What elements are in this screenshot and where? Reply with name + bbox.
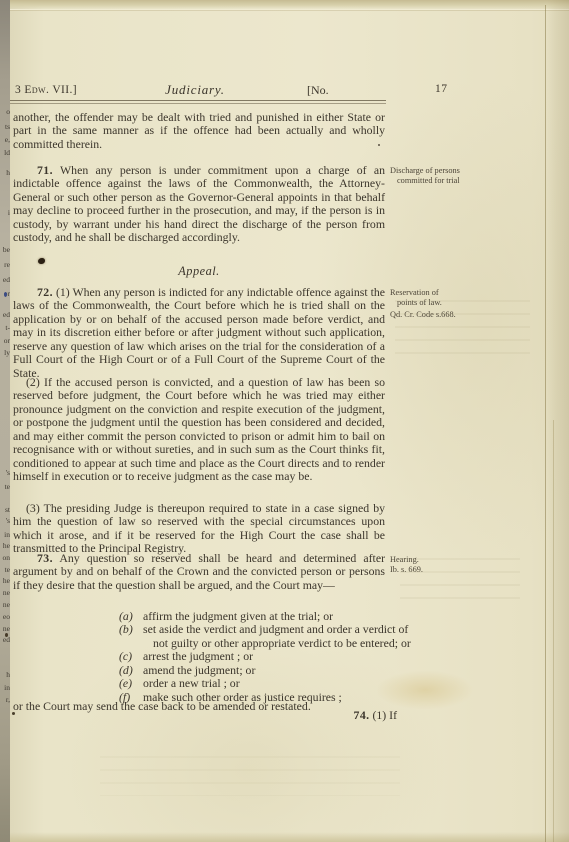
- ink-speck: [378, 144, 380, 146]
- facing-page-text-fragment: he: [3, 577, 10, 585]
- section-71: 71. When any person is under commitment …: [13, 164, 385, 245]
- section-72-2: (2) If the accused person is convicted, …: [13, 376, 385, 484]
- appeal-heading: Appeal.: [13, 265, 385, 278]
- section-body: (1) When any person is indicted for any …: [13, 285, 385, 380]
- section-73-list: (a)affirm the judgment given at the tria…: [13, 610, 385, 704]
- book-page: 3 Edw. VII.] Judiciary. [No. 17 another,…: [10, 0, 569, 842]
- paragraph-continuation: another, the offender may be dealt with …: [13, 111, 385, 151]
- list-item: (b)set aside the verdict and judgment an…: [13, 623, 385, 636]
- section-72-1: 72. (1) When any person is indicted for …: [13, 286, 385, 380]
- list-item: (c)arrest the judgment ; or: [13, 650, 385, 663]
- header-running-title: Judiciary.: [130, 82, 260, 98]
- header-rule: [10, 103, 386, 104]
- section-72-3: (3) The presiding Judge is thereupon req…: [13, 502, 385, 556]
- header-number-bracket: [No.: [307, 83, 329, 98]
- list-item-label: (a): [119, 610, 143, 623]
- list-item: (a)affirm the judgment given at the tria…: [13, 610, 385, 623]
- facing-page-text-fragment: he: [3, 542, 10, 550]
- list-item-label: (d): [119, 664, 143, 677]
- list-item: (d)amend the judgment; or: [13, 664, 385, 677]
- facing-page-text-fragment: on: [3, 554, 11, 562]
- list-item-text: arrest the judgment ; or: [143, 649, 253, 663]
- section-number: 73.: [37, 551, 53, 565]
- margin-note-line: committed for trial: [390, 176, 569, 186]
- page-right-edge-line: [545, 5, 546, 842]
- paragraph-text: another, the offender may be dealt with …: [13, 111, 385, 151]
- page-right-shading: [547, 0, 569, 842]
- ink-speck: [12, 712, 15, 715]
- page-number: 17: [435, 83, 448, 95]
- section-71-text: 71. When any person is under commitment …: [13, 164, 385, 245]
- header-regnal-year: 3 Edw. VII.]: [15, 84, 77, 96]
- ink-speck: [5, 633, 8, 637]
- show-through-text: [395, 300, 530, 356]
- list-item-text: amend the judgment; or: [143, 663, 255, 677]
- list-item-label: (c): [119, 650, 143, 663]
- margin-note-line: Discharge of persons: [390, 166, 569, 176]
- section-body: (1) If: [372, 708, 397, 722]
- section-body: Any question so reserved shall be heard …: [13, 551, 385, 592]
- section-number: 74.: [354, 708, 370, 722]
- scanned-book-page-photo: otse,ldhibereedoredt-orly'stest'sinheont…: [0, 0, 569, 842]
- ink-blot: [38, 258, 45, 264]
- list-item: (e)order a new trial ; or: [13, 677, 385, 690]
- page-top-edge: [10, 0, 569, 10]
- section-73-text: 73. Any question so reserved shall be he…: [13, 552, 385, 592]
- margin-note-line: Reservation of: [390, 288, 569, 298]
- section-72-1-text: 72. (1) When any person is indicted for …: [13, 286, 385, 380]
- facing-page-text-fragment: ne: [3, 589, 10, 597]
- heading-text: Appeal.: [13, 265, 385, 278]
- section-72-3-text: (3) The presiding Judge is thereupon req…: [13, 502, 385, 556]
- list-item-label: (e): [119, 677, 143, 690]
- list-item-text: set aside the verdict and judgment and o…: [143, 622, 408, 636]
- facing-page-text-fragment: ed: [3, 276, 10, 284]
- list-item-label: (b): [119, 623, 143, 636]
- facing-page-text-fragment: ne: [3, 625, 10, 633]
- header-rule: [10, 100, 386, 101]
- facing-page-text-fragment: ne: [3, 601, 10, 609]
- facing-page-text-fragment: eo: [3, 613, 10, 621]
- section-73: 73. Any question so reserved shall be he…: [13, 552, 385, 592]
- margin-note-discharge: Discharge of persons committed for trial: [390, 166, 569, 186]
- section-body: When any person is under commitment upon…: [13, 163, 385, 244]
- section-74-catchline: 74. (1) If: [13, 709, 397, 722]
- facing-page-text-fragment: be: [3, 246, 10, 254]
- section-number: 71.: [37, 163, 53, 177]
- list-item-continuation: not guilty or other appropriate verdict …: [13, 637, 385, 650]
- facing-page-text-fragment: ed: [3, 311, 10, 319]
- facing-page-edge: otse,ldhibereedoredt-orly'stest'sinheont…: [0, 0, 10, 842]
- section-72-2-text: (2) If the accused person is convicted, …: [13, 376, 385, 484]
- list-item-text: order a new trial ; or: [143, 676, 240, 690]
- section-number: 72.: [37, 285, 53, 299]
- list-item-text: affirm the judgment given at the trial; …: [143, 609, 333, 623]
- show-through-text: [100, 756, 400, 796]
- page-bottom-edge: [10, 832, 569, 842]
- ink-speck: [4, 292, 7, 297]
- facing-page-text-fragment: ed: [3, 636, 10, 644]
- section-74-text: 74. (1) If: [13, 709, 397, 722]
- show-through-text: [400, 558, 520, 600]
